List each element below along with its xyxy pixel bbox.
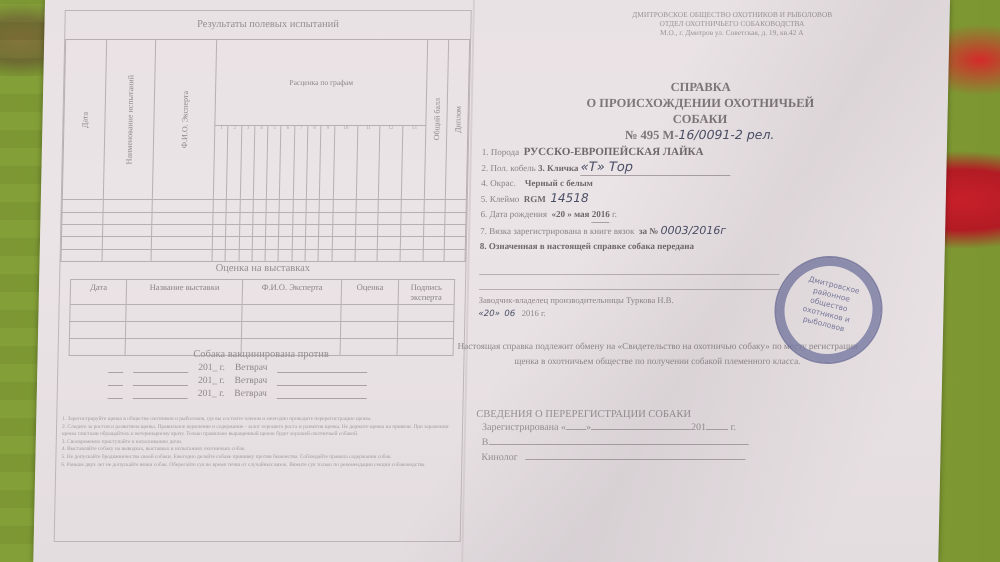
vaccination-title: Собака вакцинирована против bbox=[68, 349, 453, 360]
reregistration-section: СВЕДЕНИЯ О ПЕРЕРЕГИСТРАЦИИ СОБАКИ Зареги… bbox=[475, 409, 931, 465]
birth-day: «20 » bbox=[551, 209, 571, 219]
exhibitions-title: Оценка на выставках bbox=[60, 263, 465, 274]
table-row bbox=[62, 212, 466, 224]
breeder-date-day: «20» bbox=[478, 309, 500, 319]
title-line: О ПРОИСХОЖДЕНИИ ОХОТНИЧЬЕЙ bbox=[463, 95, 938, 111]
reregistration-title: СВЕДЕНИЯ О ПЕРЕРЕГИСТРАЦИИ СОБАКИ bbox=[476, 409, 931, 420]
birth-month: мая bbox=[574, 209, 590, 219]
birth-year: 2016 bbox=[592, 207, 610, 223]
field-sex-name: 2. Пол. кобель 3. Кличка «Т» Тор bbox=[481, 160, 936, 176]
grade-subheader: 3 bbox=[240, 126, 255, 200]
exchange-notice: Настоящая справка подлежит обмену на «Св… bbox=[447, 339, 868, 369]
grade-subheader: 10 bbox=[333, 126, 357, 200]
table-row bbox=[61, 249, 465, 261]
breeder-info: Заводчик-владелец производительницы Турк… bbox=[478, 294, 934, 321]
certificate-number: № 495 М-16/0091-2 рел. bbox=[462, 127, 937, 143]
org-line: ДМИТРОВСКОЕ ОБЩЕСТВО ОХОТНИКОВ И РЫБОЛОВ… bbox=[525, 10, 940, 19]
org-line: ОТДЕЛ ОХОТНИЧЬЕГО СОБАКОВОДСТВА bbox=[524, 19, 939, 28]
registered-label: Зарегистрирована « bbox=[482, 422, 566, 433]
field-transfer: 8. Означенная в настоящей справке собака… bbox=[480, 239, 935, 254]
sex-label: 2. Пол. кобель bbox=[481, 163, 536, 173]
grade-subheader: 12 bbox=[378, 126, 402, 200]
dog-fields: 1. Порода РУССКО-ЕВРОПЕЙСКАЯ ЛАЙКА 2. По… bbox=[480, 145, 937, 254]
field-birthdate: 6. Дата рождения «20 » мая 2016 г. bbox=[480, 207, 935, 223]
exhibition-header: Ф.И.О. Эксперта bbox=[242, 280, 342, 305]
grade-subheader: 13 bbox=[401, 126, 426, 200]
document-sheet: Результаты полевых испытаний ДатаНаимено… bbox=[33, 0, 950, 562]
exhibition-header: Подпись эксперта bbox=[398, 280, 455, 305]
trials-header: Наименование испытаний bbox=[103, 40, 155, 200]
field-mating: 7. Вязка зарегистрирована в книге вязок … bbox=[480, 223, 935, 239]
table-row bbox=[69, 322, 453, 339]
exhibition-header: Оценка bbox=[342, 280, 399, 305]
mating-label: 7. Вязка зарегистрирована в книге вязок bbox=[480, 226, 634, 236]
note-item: 6. Раньше двух лет не допускайте вязки с… bbox=[61, 462, 456, 470]
color-value: Черный с белым bbox=[525, 178, 593, 188]
note-item: 3. Своевременно приступайте к натаскиван… bbox=[62, 439, 457, 447]
breeder-date-year: 2016 г. bbox=[522, 308, 546, 318]
owner-notes: 1. Зарегистрируйте щенка в обществе охот… bbox=[61, 416, 457, 469]
birth-suffix: г. bbox=[612, 209, 617, 219]
page-fold bbox=[461, 0, 475, 562]
vaccination-section: Собака вакцинирована против 201_ г.Ветвр… bbox=[68, 349, 454, 399]
left-page: Результаты полевых испытаний ДатаНаимено… bbox=[54, 10, 472, 542]
right-page: ДМИТРОВСКОЕ ОБЩЕСТВО ОХОТНИКОВ И РЫБОЛОВ… bbox=[474, 10, 940, 540]
reregistration-cynologist: Кинолог bbox=[481, 450, 930, 465]
title-line: СПРАВКА bbox=[463, 79, 938, 95]
mating-prefix: за № bbox=[639, 226, 659, 236]
grade-subheader: 5 bbox=[267, 126, 282, 200]
brand-prefix: RGM bbox=[524, 194, 546, 204]
field-color: 4. Окрас. Черный с белым bbox=[481, 176, 936, 191]
field-trials-title: Результаты полевых испытаний bbox=[65, 19, 470, 30]
table-row bbox=[69, 339, 453, 356]
trials-header: Расценка по графам bbox=[215, 40, 428, 126]
certificate-title: СПРАВКА О ПРОИСХОЖДЕНИИ ОХОТНИЧЬЕЙ СОБАК… bbox=[462, 79, 938, 143]
grade-subheader: 2 bbox=[227, 126, 242, 200]
field-trials-table: ДатаНаименование испытанийФ.И.О. Эксперт… bbox=[61, 39, 471, 262]
breeder-date: «20» 06 2016 г. bbox=[478, 307, 933, 321]
exhibition-header: Название выставки bbox=[126, 280, 242, 305]
grade-subheader: 4 bbox=[253, 126, 268, 200]
official-stamp: Дмитровскоерайонноеобществоохотников иры… bbox=[762, 245, 895, 376]
registered-suffix: г. bbox=[730, 422, 736, 433]
note-item: 4. Выставляйте собаку на выводках, выста… bbox=[61, 446, 456, 454]
organization-header: ДМИТРОВСКОЕ ОБЩЕСТВО ОХОТНИКОВ И РЫБОЛОВ… bbox=[524, 10, 940, 37]
cynologist-label: Кинолог bbox=[481, 452, 518, 463]
number-prefix: № 495 М- bbox=[625, 128, 679, 142]
vaccination-row: 201_ г.Ветврач bbox=[108, 389, 453, 399]
grade-subheader: 9 bbox=[320, 126, 335, 200]
reregistration-place: В bbox=[482, 435, 931, 450]
breeder-name: Заводчик-владелец производительницы Турк… bbox=[479, 294, 934, 307]
name-label: 3. Кличка bbox=[538, 163, 579, 173]
grade-subheader: 6 bbox=[280, 126, 295, 200]
breed-label: 1. Порода bbox=[482, 147, 520, 157]
blank-line bbox=[479, 275, 779, 290]
table-row bbox=[62, 200, 466, 212]
trials-header: Диплом bbox=[445, 40, 469, 200]
note-item: 5. Не допускайте бродяжничества своей со… bbox=[61, 454, 456, 462]
color-label: 4. Окрас. bbox=[481, 178, 516, 188]
trials-header: Ф.И.О. Эксперта bbox=[152, 40, 216, 200]
brand-label: 5. Клеймо bbox=[481, 194, 520, 204]
stamp-text: Дмитровскоерайонноеобществоохотников иры… bbox=[790, 273, 867, 337]
org-address: М.О., г. Дмитров ул. Советская, д. 19, к… bbox=[524, 28, 939, 37]
birth-label: 6. Дата рождения bbox=[480, 209, 547, 219]
trials-header: Дата bbox=[62, 40, 106, 200]
title-line: СОБАКИ bbox=[462, 111, 937, 127]
in-label: В bbox=[482, 437, 489, 448]
number-handwritten: 16/0091-2 рел. bbox=[678, 127, 774, 142]
field-breed: 1. Порода РУССКО-ЕВРОПЕЙСКАЯ ЛАЙКА bbox=[482, 145, 937, 160]
registered-mid: » bbox=[586, 422, 591, 433]
note-item: 2. Следите за ростом и развитием щенка. … bbox=[62, 424, 457, 439]
note-item: 1. Зарегистрируйте щенка в обществе охот… bbox=[62, 416, 457, 424]
blank-line bbox=[479, 260, 779, 275]
grade-subheader: 11 bbox=[356, 126, 380, 200]
trials-header: Общий балл bbox=[424, 40, 448, 200]
table-row bbox=[62, 224, 466, 236]
breed-value: РУССКО-ЕВРОПЕЙСКАЯ ЛАЙКА bbox=[524, 146, 704, 158]
vaccination-row: 201_ г.Ветврач bbox=[108, 363, 453, 373]
exhibitions-table: ДатаНазвание выставкиФ.И.О. ЭкспертаОцен… bbox=[69, 279, 456, 356]
grade-subheader: 1 bbox=[213, 126, 228, 200]
vaccination-row: 201_ г.Ветврач bbox=[108, 376, 453, 386]
breeder-date-month: 06 bbox=[504, 309, 515, 319]
table-row bbox=[70, 305, 454, 322]
table-row bbox=[61, 237, 465, 249]
exhibition-header: Дата bbox=[70, 280, 127, 305]
brand-value: 14518 bbox=[550, 191, 588, 205]
reregistration-date: Зарегистрирована «»201 г. bbox=[482, 420, 931, 435]
grade-subheader: 8 bbox=[306, 126, 321, 200]
field-brand: 5. Клеймо RGM 14518 bbox=[481, 191, 936, 207]
mating-value: 0003/2016г bbox=[660, 224, 726, 237]
transfer-blank-lines bbox=[479, 260, 935, 290]
name-value: «Т» Тор bbox=[581, 160, 731, 176]
grade-subheader: 7 bbox=[293, 126, 308, 200]
registered-year: 201 bbox=[691, 422, 706, 433]
